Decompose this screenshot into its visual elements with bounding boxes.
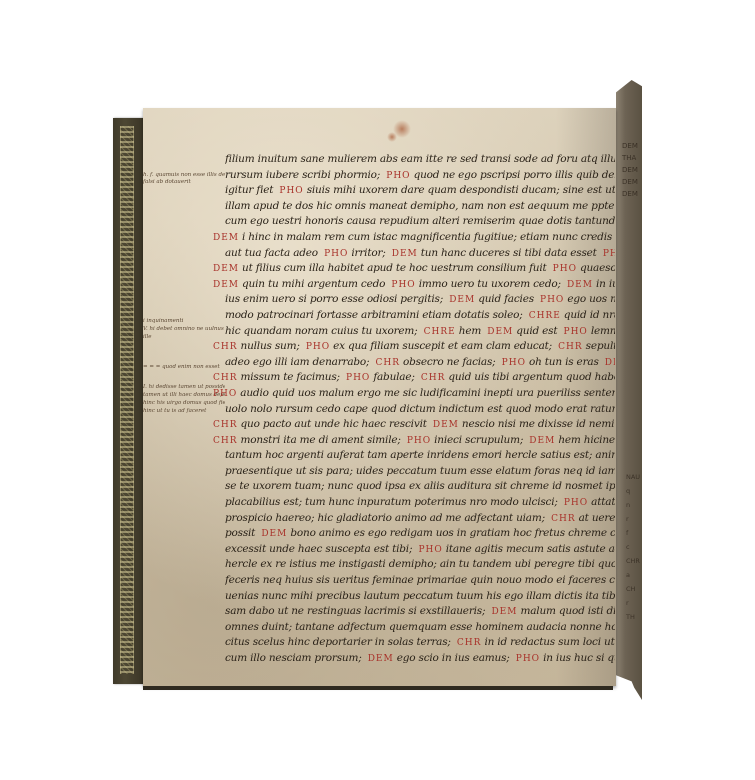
leaf-mark: DEM [622,164,638,176]
leaf-mark: q [626,484,640,498]
manuscript-line: ius enim uero si porro esse odiosi pergi… [225,292,615,308]
speaker-rubric: PHO [564,327,588,337]
speaker-rubric: DEM [487,327,513,337]
speaker-rubric: PHO [386,171,410,181]
speaker-rubric: CHR [213,420,238,430]
line-text: tun hanc duceres si tibi data esset [421,247,600,259]
line-text: quo pacto aut unde hic haec rescivit [241,418,430,430]
line-text: hem hicine ut a nobis [558,434,615,446]
speaker-rubric: DEM [392,249,418,259]
manuscript-line: uolo nolo rursum cedo cape quod dictum i… [225,402,615,418]
left-book-cover [113,118,143,684]
manuscript-line: DEMut filius cum illa habitet apud te ho… [210,261,615,277]
speaker-rubric: PHO [502,358,526,368]
leaf-mark: DEM [622,188,638,200]
speaker-rubric: DEM [567,280,593,290]
line-text: in id redactus sum loci ut quid agam [484,636,615,648]
line-text: ego scio in ius eamus; [397,652,513,664]
line-text: lemni habuit alia; [591,325,615,337]
manuscript-line: PHOaudio quid uos malum ergo me sic ludi… [210,386,615,402]
line-text: siuis mihi uxorem dare quam despondisti … [307,184,615,196]
speaker-rubric: DEM [368,654,394,664]
red-ink-stain-small [387,132,397,142]
gilt-border-ornament [120,126,134,674]
line-text: uolo nolo rursum cedo cape quod dictum i… [225,403,615,415]
manuscript-line: DEMi hinc in malam rem cum istac magnifi… [210,230,615,246]
right-page-edge: DEMTHADEMDEMDEM NAUqnrfcCHRaCHrTH [616,80,642,700]
line-text: prospicio haereo; hic gladiatorio animo … [225,512,548,524]
line-text: attat nisi mihi [591,496,615,508]
page-bottom-edge [143,686,613,690]
speaker-rubric: DEM [449,295,475,305]
speaker-rubric: PHO [418,545,442,555]
manuscript-line: rursum iubere scribi phormio; PHOquod ne… [225,168,615,184]
manuscript-line: sam dabo ut ne restinguas lacrimis si ex… [225,604,615,620]
line-text: quin tu mihi argentum cedo [242,278,388,290]
speaker-rubric: DEM [529,436,555,446]
line-text: ex qua filiam suscepit et eam clam educa… [333,340,555,352]
line-text: filium inuitum sane mulierem abs eam itt… [225,153,615,165]
line-text: hem [459,325,484,337]
manuscript-line: se te uxorem tuam; nunc quod ipsa ex ali… [225,479,615,495]
line-text: hic quandam noram cuius tu uxorem; [225,325,421,337]
leaf-mark: CHR [626,554,640,568]
manuscript-line: igitur fiet PHOsiuis mihi uxorem dare qu… [225,183,615,199]
leaf-mark: r [626,596,640,610]
line-text: se te uxorem tuam; nunc quod ipsa ex ali… [225,480,615,492]
manuscript-line: cum illo nesciam prorsum; DEMego scio in… [225,651,615,667]
leaf-mark: r [626,512,640,526]
line-text: immo uero tu uxorem cedo; [419,278,564,290]
manuscript-line: CHRmissum te facimus; PHOfabulae; CHRqui… [210,370,615,386]
speaker-rubric: PHO [213,389,237,399]
line-text: tantum hoc argenti auferat tam aperte in… [225,449,615,461]
manuscript-page: h. f. quamuis non esse illis dederisfals… [143,108,616,686]
manuscript-line: tantum hoc argenti auferat tam aperte in… [225,448,615,464]
leaf-mark: f [626,526,640,540]
line-text: i hinc in malam rem cum istac magnificen… [242,231,615,243]
speaker-rubric: DEM [433,420,459,430]
line-text: citus scelus hinc deportarier in solas t… [225,636,454,648]
line-text: quod ne ego pscripsi porro illis quib de… [414,169,615,181]
line-text: omnes duint; tantane adfectum quemquam e… [225,621,615,633]
line-text: quid uis tibi argentum quod habes condon… [448,371,615,383]
line-text: missum te facimus; [241,371,344,383]
manuscript-line: citus scelus hinc deportarier in solas t… [225,635,615,651]
manuscript-line: excessit unde haec suscepta est tibi; PH… [225,542,615,558]
speaker-rubric: PHO [564,498,588,508]
speaker-rubric: CHR [551,514,576,524]
line-text: at uereor ut placari [579,512,615,524]
margin-gloss: falsi ab dotauerit [143,179,225,186]
manuscript-line: CHRmonstri ita me di ament simile; PHOin… [210,433,615,449]
speaker-rubric: PHO [553,264,577,274]
line-text: quid facies [478,293,537,305]
leaf-mark: n [626,498,640,512]
line-text: sepultus sum; [586,340,615,352]
leaf-mark: c [626,540,640,554]
line-text: sam dabo ut ne restinguas lacrimis si ex… [225,605,488,617]
line-text: adeo ego illi iam denarrabo; [225,356,373,368]
speaker-rubric: CHR [213,373,238,383]
line-text: in ius ambula [596,278,615,290]
speaker-rubric: PHO [346,373,370,383]
speaker-rubric: DEM [261,529,287,539]
manuscript-line: hercle ex re istius me instigasti demiph… [225,557,615,573]
leaf-mark: TH [626,610,640,624]
speaker-rubric: PHO [279,186,303,196]
manuscript-line: modo patrocinari fortasse arbitramini et… [225,308,615,324]
manuscript-line: omnes duint; tantane adfectum quemquam e… [225,620,615,636]
line-text: aut tua facta adeo [225,247,321,259]
manuscript-line: DEMquin tu mihi argentum cedo PHOimmo ue… [210,277,615,293]
line-text: illam apud te dos hic omnis maneat demip… [225,200,615,212]
manuscript-line: CHRnullus sum; PHOex qua filiam suscepit… [210,339,615,355]
line-text: monstri ita me di ament simile; [241,434,404,446]
line-text: modo patrocinari fortasse arbitramini et… [225,309,526,321]
speaker-rubric: DEM [213,280,239,290]
manuscript-line: uenias nunc mihi precibus lautum peccatu… [225,589,615,605]
speaker-rubric: CHRE [424,327,456,337]
line-text: igitur fiet [225,184,276,196]
speaker-rubric: CHR [213,342,238,352]
line-text: placabilius est; tum hunc inpuratum pote… [225,496,561,508]
manuscript-line: placabilius est; tum hunc inpuratum pote… [225,495,615,511]
leaf-mark: THA [622,152,638,164]
line-text: quaeso quid narras [580,262,615,274]
open-manuscript: DEMTHADEMDEMDEM NAUqnrfcCHRaCHrTH h. f. … [0,0,755,780]
margin-gloss: hinc ut tu is ad faceret [143,408,225,415]
speaker-rubric: PHO [603,249,615,259]
speaker-rubric: CHR [421,373,446,383]
leaf-mark: NAU [626,470,640,484]
manuscript-line: prospicio haereo; hic gladiatorio animo … [225,511,615,527]
leaf-mark: CH [626,582,640,596]
manuscript-line: adeo ego illi iam denarrabo; CHRobsecro … [225,355,615,371]
margin-gloss: i inquinamenti [143,318,225,325]
line-text: in ius huc si quid lubet [543,652,615,664]
line-text: rursum iubere scribi phormio; [225,169,383,181]
margin-gloss: h. f. quamuis non esse illis dederis [143,172,225,179]
manuscript-line: possit DEMbono animo es ego redigam uos … [225,526,615,542]
line-text: quid est [516,325,560,337]
margin-gloss: V. hi debet omnino ne uulnus est medio [143,326,225,333]
speaker-rubric: DEM [213,264,239,274]
speaker-rubric: PHO [324,249,348,259]
leaf-mark: DEM [622,140,638,152]
speaker-rubric: DEM [491,607,517,617]
speaker-rubric: PHO [516,654,540,664]
line-text: fabulae; [373,371,418,383]
right-page-speaker-marks: DEMTHADEMDEMDEM [622,140,638,200]
leaf-mark: a [626,568,640,582]
line-text: ius enim uero si porro esse odiosi pergi… [225,293,446,305]
speaker-rubric: PHO [540,295,564,305]
line-text: obsecro ne facias; [403,356,499,368]
speaker-rubric: CHR [558,342,583,352]
manuscript-line: filium inuitum sane mulierem abs eam itt… [225,152,615,168]
line-text: excessit unde haec suscepta est tibi; [225,543,415,555]
line-text: ut filius cum illa habitet apud te hoc u… [242,262,550,274]
line-text: oh tun is eras [529,356,602,368]
speaker-rubric: CHR [213,436,238,446]
line-text: uenias nunc mihi precibus lautum peccatu… [225,590,615,602]
line-text: praesentique ut sis para; uides peccatum… [225,465,615,477]
line-text: nescio nisi me dixisse id nemini certo s… [462,418,615,430]
speaker-rubric: PHO [391,280,415,290]
line-text: malum quod isti di deaeq [520,605,615,617]
right-page-lower-marks: NAUqnrfcCHRaCHrTH [626,470,640,624]
leaf-mark: DEM [622,176,638,188]
line-text: cum illo nesciam prorsum; [225,652,365,664]
manuscript-line: CHRquo pacto aut unde hic haec rescivit … [210,417,615,433]
line-text: irritor; [351,247,388,259]
speaker-rubric: CHR [376,358,401,368]
speaker-rubric: CHR [457,638,482,648]
line-text: itane agitis mecum satis astute adgredim… [446,543,615,555]
manuscript-line: hic quandam noram cuius tu uxorem; CHREh… [225,324,615,340]
line-text: cum ego uestri honoris causa repudium al… [225,215,615,227]
speaker-rubric: PHO [306,342,330,352]
line-text: ego uos me indotatis [567,293,615,305]
manuscript-line: feceris neq huius sis ueritus feminae pr… [225,573,615,589]
line-text: inieci scrupulum; [434,434,526,446]
line-text: quid id nra [564,309,615,321]
manuscript-line: cum ego uestri honoris causa repudium al… [225,214,615,230]
line-text: feceris neq huius sis ueritus feminae pr… [225,574,615,586]
manuscript-text: filium inuitum sane mulierem abs eam itt… [225,152,615,667]
speaker-rubric: PHO [407,436,431,446]
line-text: possit [225,527,258,539]
speaker-rubric: DEM [213,233,239,243]
manuscript-line: aut tua facta adeo PHOirritor; DEMtun ha… [225,246,615,262]
manuscript-line: illam apud te dos hic omnis maneat demip… [225,199,615,215]
line-text: audio quid uos malum ergo me sic ludific… [240,387,615,399]
speaker-rubric: DEM [605,358,615,368]
line-text: bono animo es ego redigam uos in gratiam… [290,527,615,539]
line-text: hercle ex re istius me instigasti demiph… [225,558,615,570]
line-text: nullus sum; [241,340,303,352]
speaker-rubric: CHRE [529,311,561,321]
manuscript-line: praesentique ut sis para; uides peccatum… [225,464,615,480]
